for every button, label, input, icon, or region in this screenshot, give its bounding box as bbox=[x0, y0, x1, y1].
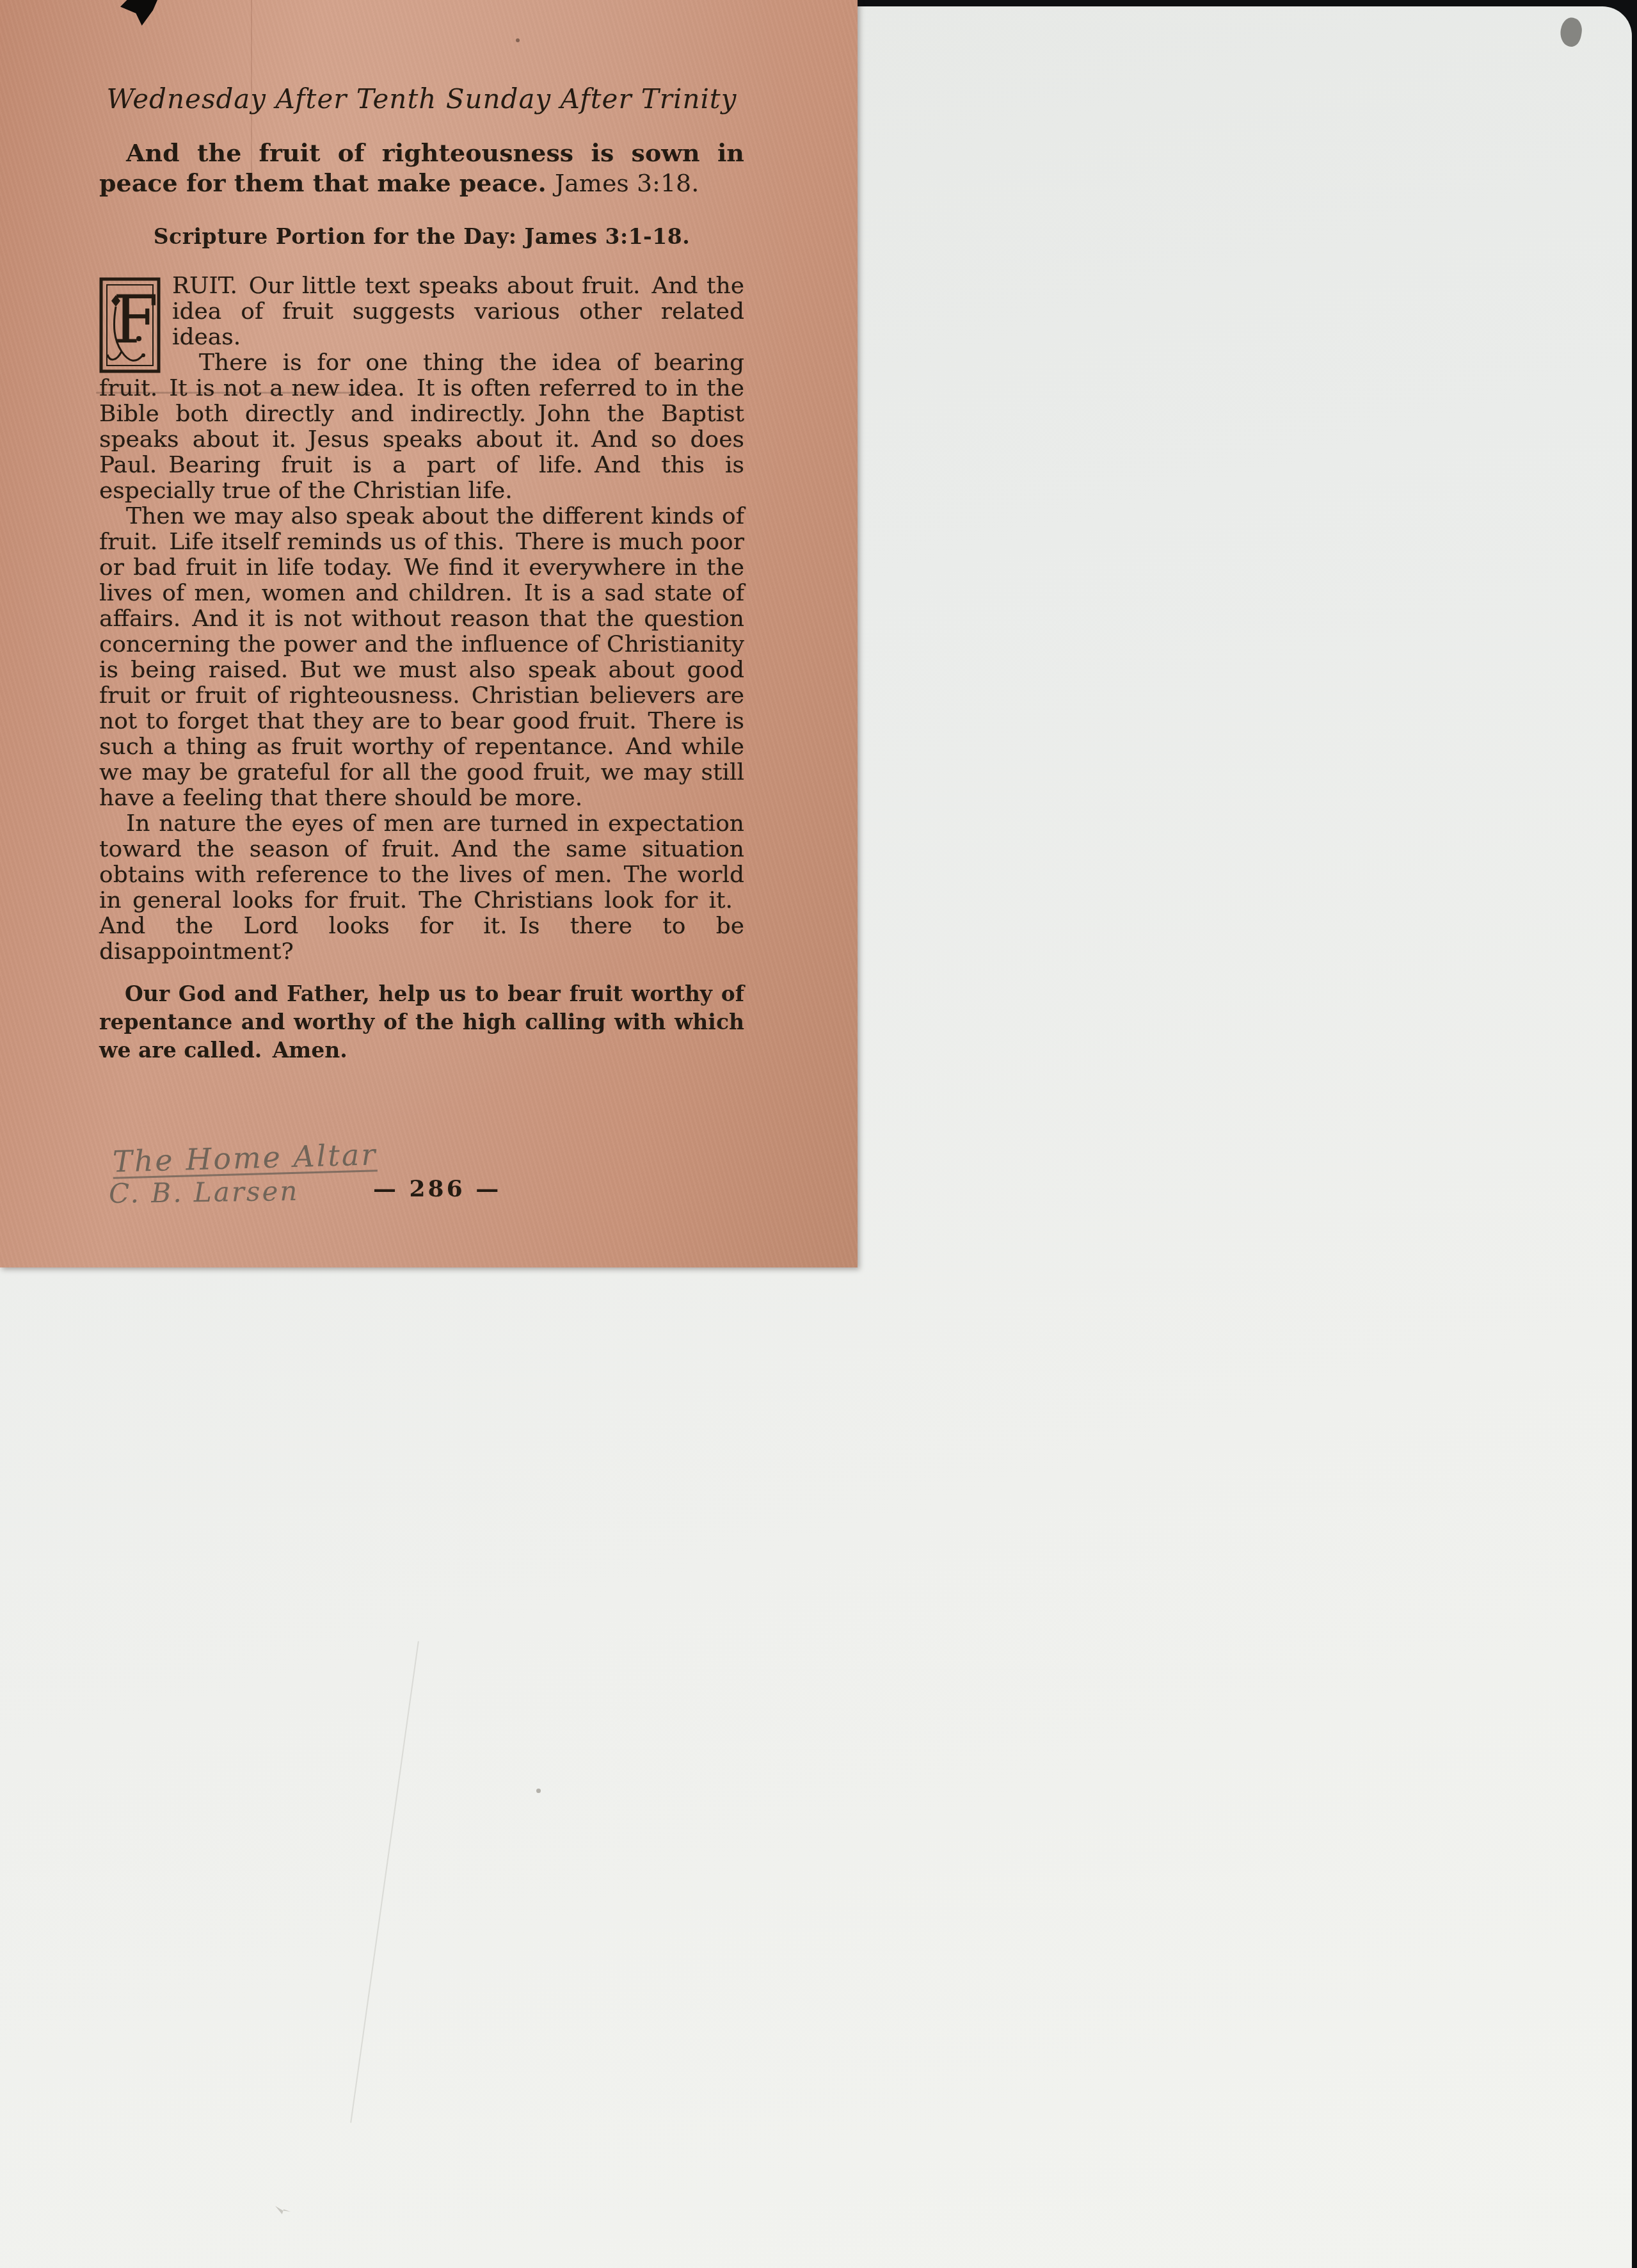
body-text: F RUIT. Our little text speaks about fru… bbox=[99, 273, 744, 965]
scanned-document: Wednesday After Tenth Sunday After Trini… bbox=[0, 0, 1637, 2268]
dropcap-letter: F bbox=[113, 282, 159, 358]
paragraph: RUIT. Our little text speaks about fruit… bbox=[99, 273, 744, 350]
paper-crease bbox=[251, 0, 252, 192]
page-title: Wednesday After Tenth Sunday After Trini… bbox=[99, 83, 744, 115]
dust-speck bbox=[516, 38, 520, 42]
prayer-text: Our God and Father, help us to bear frui… bbox=[99, 980, 744, 1065]
handwritten-author-name: C. B. Larsen bbox=[109, 1175, 299, 1209]
handwritten-book-title: The Home Altar bbox=[112, 1137, 378, 1179]
book-page: Wednesday After Tenth Sunday After Trini… bbox=[0, 0, 858, 1267]
paragraph: There is for one thing the idea of beari… bbox=[99, 350, 744, 504]
page-content: Wednesday After Tenth Sunday After Trini… bbox=[99, 83, 744, 1065]
paragraph: Then we may also speak about the differe… bbox=[99, 504, 744, 811]
paragraph: In nature the eyes of men are turned in … bbox=[99, 811, 744, 965]
verse-text: And the fruit of righteousness is sown i… bbox=[99, 138, 744, 198]
dropcap-ornament-box: F bbox=[99, 277, 161, 373]
page-number: — 286 — bbox=[373, 1175, 501, 1202]
scripture-portion-line: Scripture Portion for the Day: James 3:1… bbox=[99, 224, 744, 249]
pencil-smudge bbox=[96, 392, 371, 394]
dust-speck bbox=[536, 1789, 541, 1793]
verse-reference: James 3:18. bbox=[555, 169, 699, 197]
